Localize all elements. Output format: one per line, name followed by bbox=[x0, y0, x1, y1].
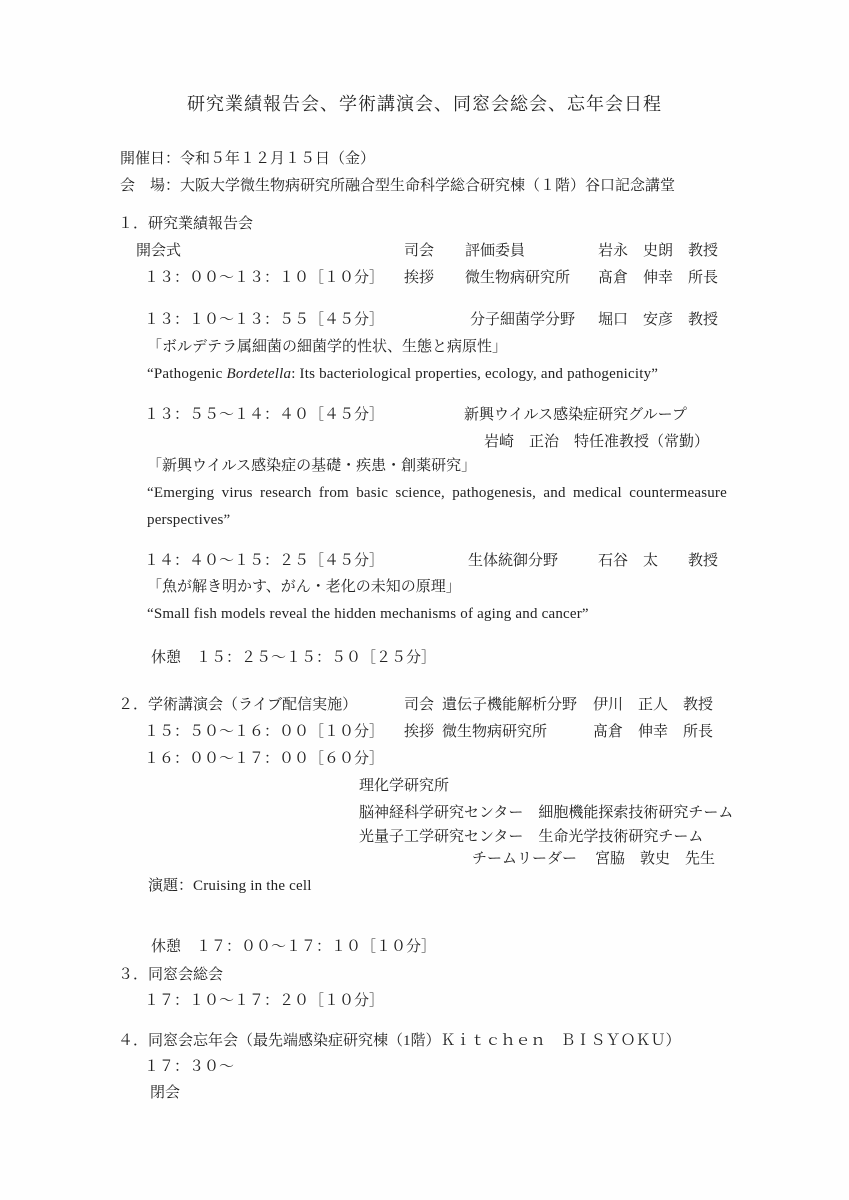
talk1-title-en-suffix: : Its bacteriological properties, ecolog… bbox=[291, 366, 658, 382]
s3-time: １７：１０～１７：２０［１０分］ bbox=[144, 988, 384, 1015]
talk2-affiliation: 新興ウイルス感染症研究グループ bbox=[464, 402, 687, 429]
s4-closing: 閉会 bbox=[150, 1080, 180, 1107]
s1-break-line: 休憩 １５：２５～１５：５０［２５分］ bbox=[151, 645, 436, 672]
s2-affiliation-line-2: 脳神経科学研究センター 細胞機能探索技術研究チーム bbox=[359, 800, 733, 827]
talk1-affiliation: 分子細菌学分野 bbox=[470, 307, 575, 334]
talk1-title-en: “Pathogenic Bordetella: Its bacteriologi… bbox=[147, 361, 658, 388]
talk2-title-ja: 「新興ウイルス感染症の基礎・疾患・創薬研究」 bbox=[147, 453, 476, 480]
s2-affiliation-line-1: 理化学研究所 bbox=[359, 773, 449, 800]
s2-greeting-role: 挨拶 bbox=[404, 719, 434, 746]
section2-heading: ２．学術講演会（ライブ配信実施） bbox=[118, 692, 357, 719]
s2-break-line: 休憩 １７：００～１７：１０［１０分］ bbox=[151, 934, 436, 961]
talk1-time: １３：１０～１３：５５［４５分］ bbox=[144, 307, 384, 334]
schedule-document-page: 研究業績報告会、学術講演会、同窓会総会、忘年会日程 開催日：令和５年１２月１５日… bbox=[0, 0, 849, 1200]
talk2-speaker: 岩崎 正治 特任准教授（常勤） bbox=[484, 429, 709, 456]
talk1-title-ja: 「ボルデテラ属細菌の細菌学的性状、生態と病原性」 bbox=[147, 334, 507, 361]
s2-chair-role: 司会 bbox=[404, 692, 434, 719]
s2-greeting-time: １５：５０～１６：００［１０分］ bbox=[144, 719, 384, 746]
venue-line: 会 場：大阪大学微生物病研究所融合型生命科学総合研究棟（１階）谷口記念講堂 bbox=[120, 173, 675, 200]
talk1-speaker: 堀口 安彦 教授 bbox=[598, 307, 718, 334]
lecture-title-text: Cruising in the cell bbox=[193, 878, 312, 894]
talk3-affiliation: 生体統御分野 bbox=[468, 548, 558, 575]
section3-heading: ３．同窓会総会 bbox=[118, 962, 223, 989]
talk2-title-en-line1: “Emerging virus research from basic scie… bbox=[147, 480, 727, 507]
opening-ceremony-label: 開会式 bbox=[136, 238, 181, 265]
document-title: 研究業績報告会、学術講演会、同窓会総会、忘年会日程 bbox=[0, 90, 849, 116]
section1-heading: １．研究業績報告会 bbox=[118, 211, 253, 238]
talk3-time: １４：４０～１５：２５［４５分］ bbox=[144, 548, 384, 575]
s2-lecture-time: １６：００～１７：００［６０分］ bbox=[144, 746, 384, 773]
s1-greeting-time: １３：００～１３：１０［１０分］ bbox=[144, 265, 384, 292]
lecture-title-label: 演題： bbox=[148, 878, 193, 894]
talk3-speaker: 石谷 太 教授 bbox=[598, 548, 718, 575]
s4-time: １７：３０～ bbox=[144, 1054, 234, 1081]
opening-affiliation: 評価委員 bbox=[465, 238, 525, 265]
section4-heading: ４．同窓会忘年会（最先端感染症研究棟（1階）Ｋｉｔｃｈｅｎ ＢＩＳＹＯＫＵ） bbox=[118, 1028, 681, 1055]
lecture-title-line: 演題：Cruising in the cell bbox=[148, 873, 312, 900]
s1-greeting-person: 髙倉 伸幸 所長 bbox=[598, 265, 718, 292]
team-leader-name: 宮脇 敦史 先生 bbox=[595, 846, 715, 873]
talk3-title-ja: 「魚が解き明かす、がん・老化の未知の原理」 bbox=[147, 574, 461, 601]
talk1-title-en-prefix: “Pathogenic bbox=[147, 366, 226, 382]
talk2-title-en-line2: perspectives” bbox=[147, 507, 230, 534]
team-leader-role: チームリーダー bbox=[472, 846, 577, 873]
s1-greeting-role: 挨拶 bbox=[404, 265, 434, 292]
s2-greeting-affiliation: 微生物病研究所 bbox=[442, 719, 547, 746]
talk1-title-en-genus: Bordetella bbox=[226, 366, 291, 382]
talk3-title-en: “Small fish models reveal the hidden mec… bbox=[147, 601, 589, 628]
opening-role: 司会 bbox=[404, 238, 434, 265]
s2-chair-person: 伊川 正人 教授 bbox=[593, 692, 713, 719]
event-date-line: 開催日：令和５年１２月１５日（金） bbox=[120, 146, 375, 173]
opening-person: 岩永 史朗 教授 bbox=[598, 238, 718, 265]
s2-chair-affiliation: 遺伝子機能解析分野 bbox=[442, 692, 577, 719]
s1-greeting-affiliation: 微生物病研究所 bbox=[465, 265, 570, 292]
s2-greeting-person: 髙倉 伸幸 所長 bbox=[593, 719, 713, 746]
talk2-time: １３：５５～１４：４０［４５分］ bbox=[144, 402, 384, 429]
